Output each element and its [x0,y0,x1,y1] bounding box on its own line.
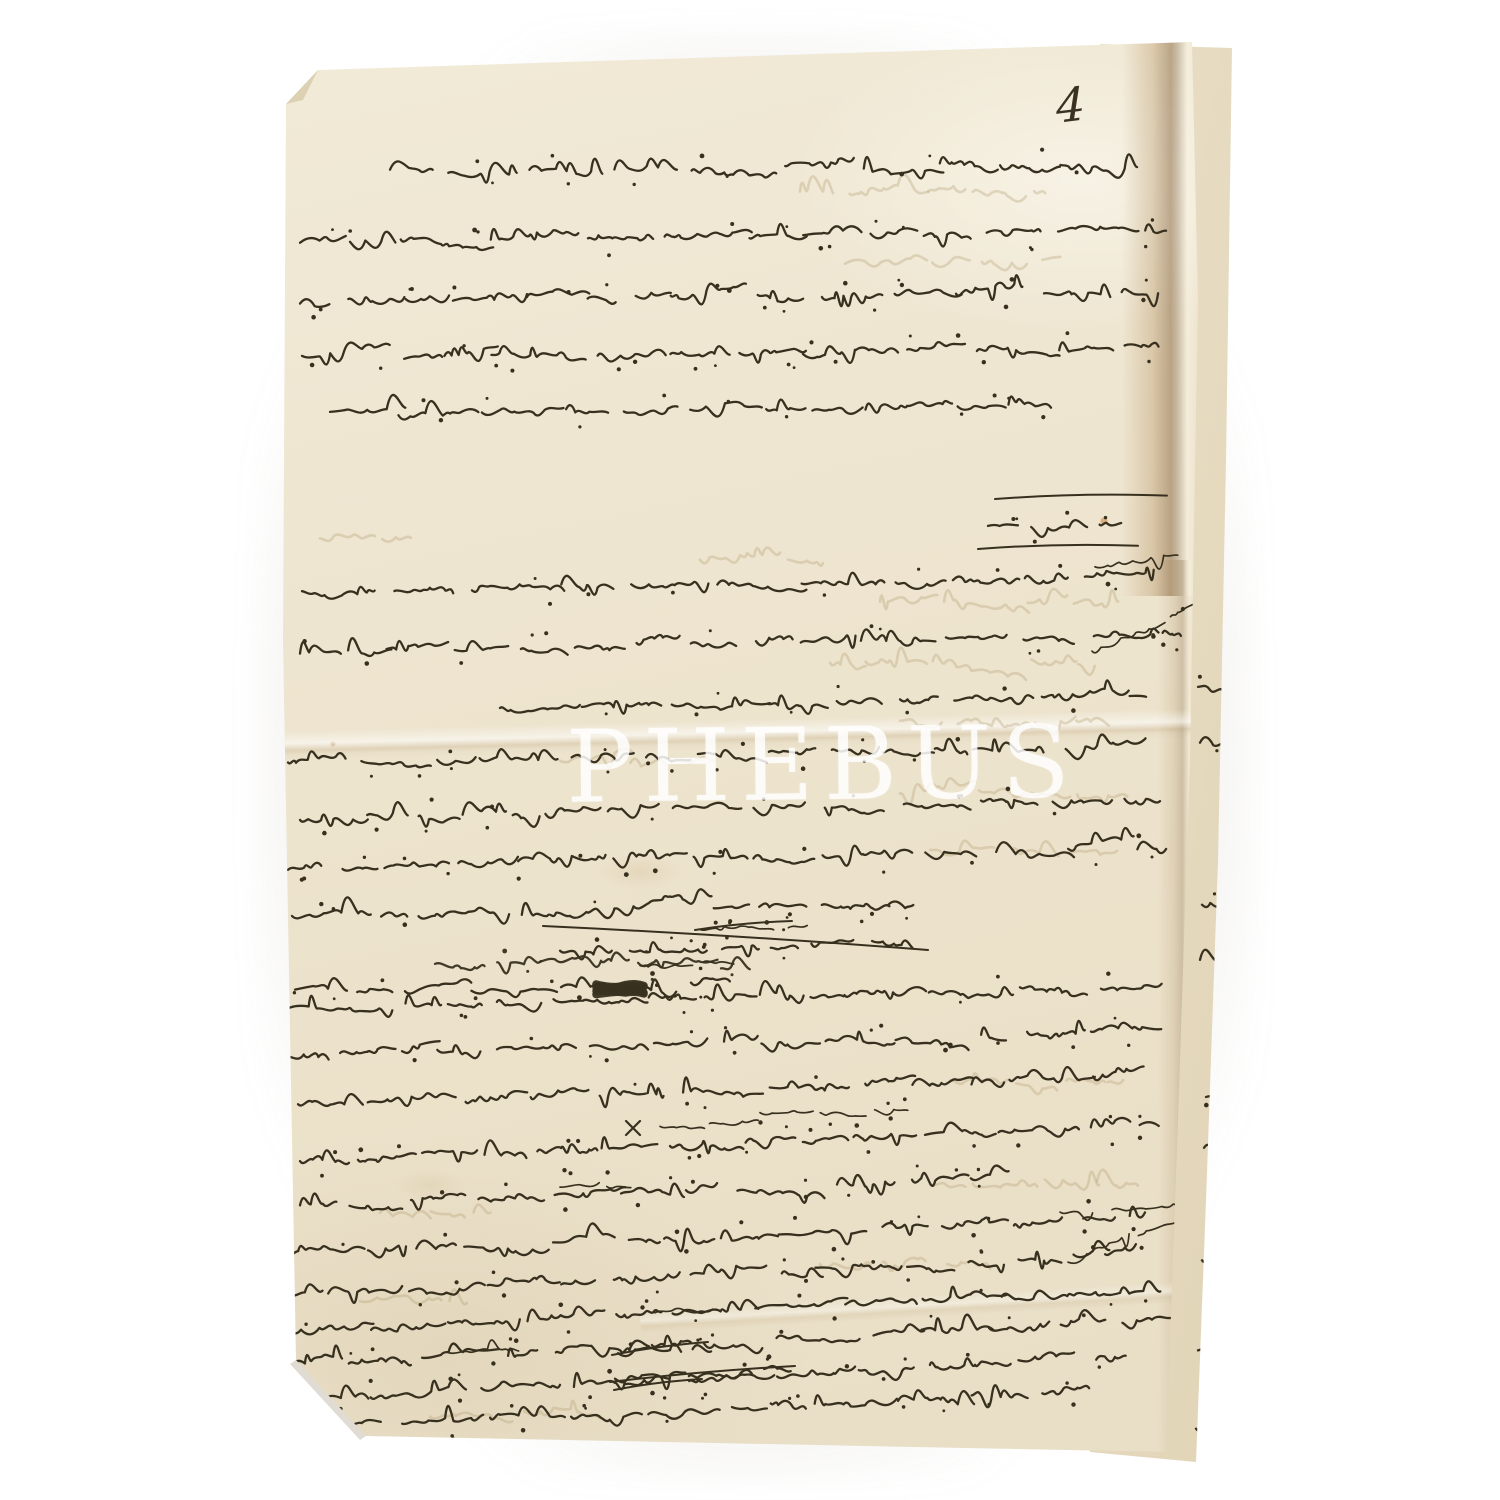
watermark: PHEBUS [565,703,1080,825]
page-number: 4 [1055,76,1086,134]
photograph: 4 PHEBUS [0,0,1500,1500]
